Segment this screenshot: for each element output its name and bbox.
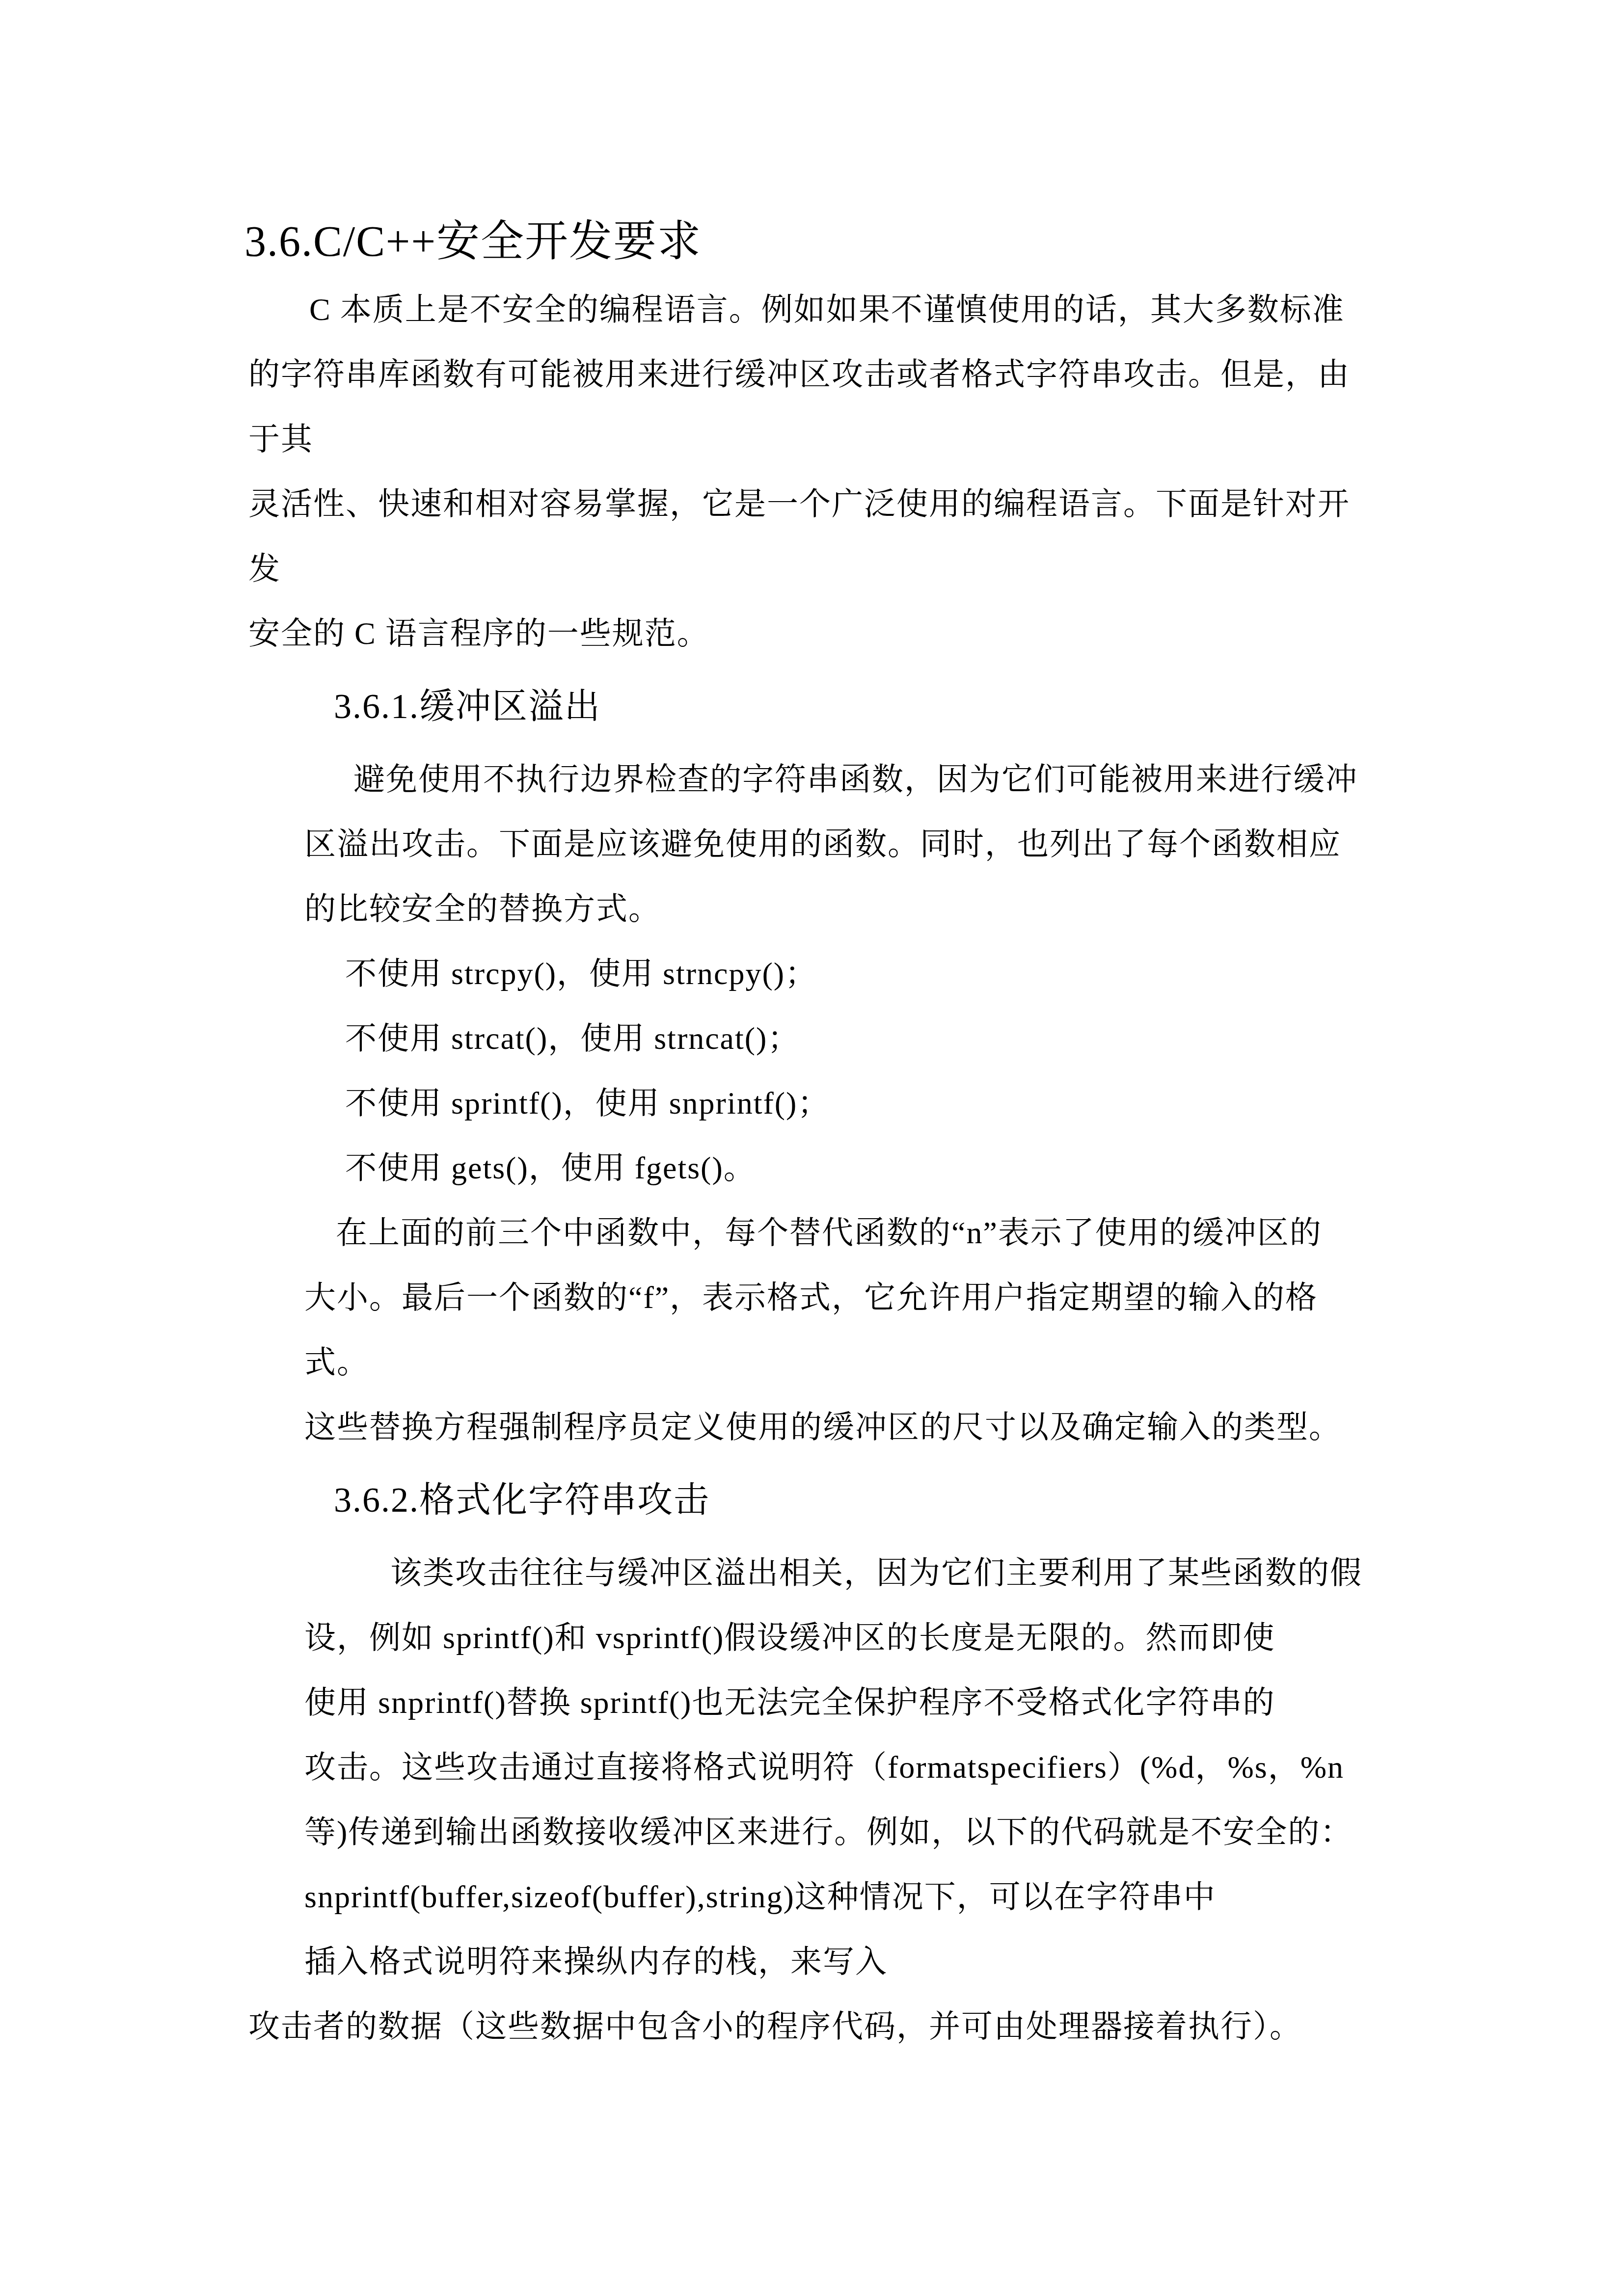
paragraph-line: 等)传递到输出函数接收缓冲区来进行。例如，以下的代码就是不安全的： [304,1800,1624,1865]
paragraph-line: 这些替换方程强制程序员定义使用的缓冲区的尺寸以及确定输入的类型。 [304,1395,1624,1460]
paragraph-line: 大小。最后一个函数的“f”，表示格式，它允许用户指定期望的输入的格 [304,1265,1624,1330]
avoid-function-list-item: 不使用 strcat()，使用 strncat()； [345,1006,1624,1071]
paragraph-line: 式。 [304,1330,1624,1395]
paragraph-line: 在上面的前三个中函数中，每个替代函数的“n”表示了使用的缓冲区的 [336,1201,1624,1265]
intro-line: 的字符串库函数有可能被用来进行缓冲区攻击或者格式字符串攻击。但是，由 [248,342,1624,407]
section-heading: 3.6.C/C++安全开发要求 [244,207,1624,277]
paragraph-line: 插入格式说明符来操纵内存的栈，来写入 [304,1929,1624,1994]
paragraph-line: 攻击者的数据（这些数据中包含小的程序代码，并可由处理器接着执行）。 [248,1994,1624,2059]
intro-line: 安全的 C 语言程序的一些规范。 [248,601,1624,666]
avoid-function-list-item: 不使用 strcpy()，使用 strncpy()； [345,941,1624,1006]
paragraph-line: 使用 snprintf()替换 sprintf()也无法完全保护程序不受格式化字… [304,1670,1624,1735]
intro-line: 灵活性、快速和相对容易掌握，它是一个广泛使用的编程语言。下面是针对开 [248,472,1624,536]
subsection-heading-buffer-overflow: 3.6.1.缓冲区溢出 [334,666,1624,747]
avoid-function-list-item: 不使用 sprintf()，使用 snprintf()； [345,1071,1624,1136]
paragraph-line: 区溢出攻击。下面是应该避免使用的函数。同时，也列出了每个函数相应 [304,812,1624,877]
intro-line: C 本质上是不安全的编程语言。例如如果不谨慎使用的话，其大多数标准 [309,277,1624,342]
paragraph-line: 攻击。这些攻击通过直接将格式说明符（formatspecifiers）(%d，%… [304,1735,1624,1800]
document-page: 3.6.C/C++安全开发要求 C 本质上是不安全的编程语言。例如如果不谨慎使用… [0,0,1624,2296]
paragraph-line: snprintf(buffer,sizeof(buffer),string)这种… [304,1865,1624,1929]
paragraph-line: 避免使用不执行边界检查的字符串函数，因为它们可能被用来进行缓冲 [353,747,1624,812]
paragraph-line: 该类攻击往往与缓冲区溢出相关，因为它们主要利用了某些函数的假 [390,1541,1624,1605]
paragraph-line: 设，例如 sprintf()和 vsprintf()假设缓冲区的长度是无限的。然… [304,1605,1624,1670]
avoid-function-list-item: 不使用 gets()，使用 fgets()。 [345,1136,1624,1201]
paragraph-line: 的比较安全的替换方式。 [304,877,1624,941]
intro-line: 发 [248,536,1624,601]
subsection-heading-format-string-attack: 3.6.2.格式化字符串攻击 [334,1460,1624,1541]
intro-line: 于其 [248,407,1624,472]
